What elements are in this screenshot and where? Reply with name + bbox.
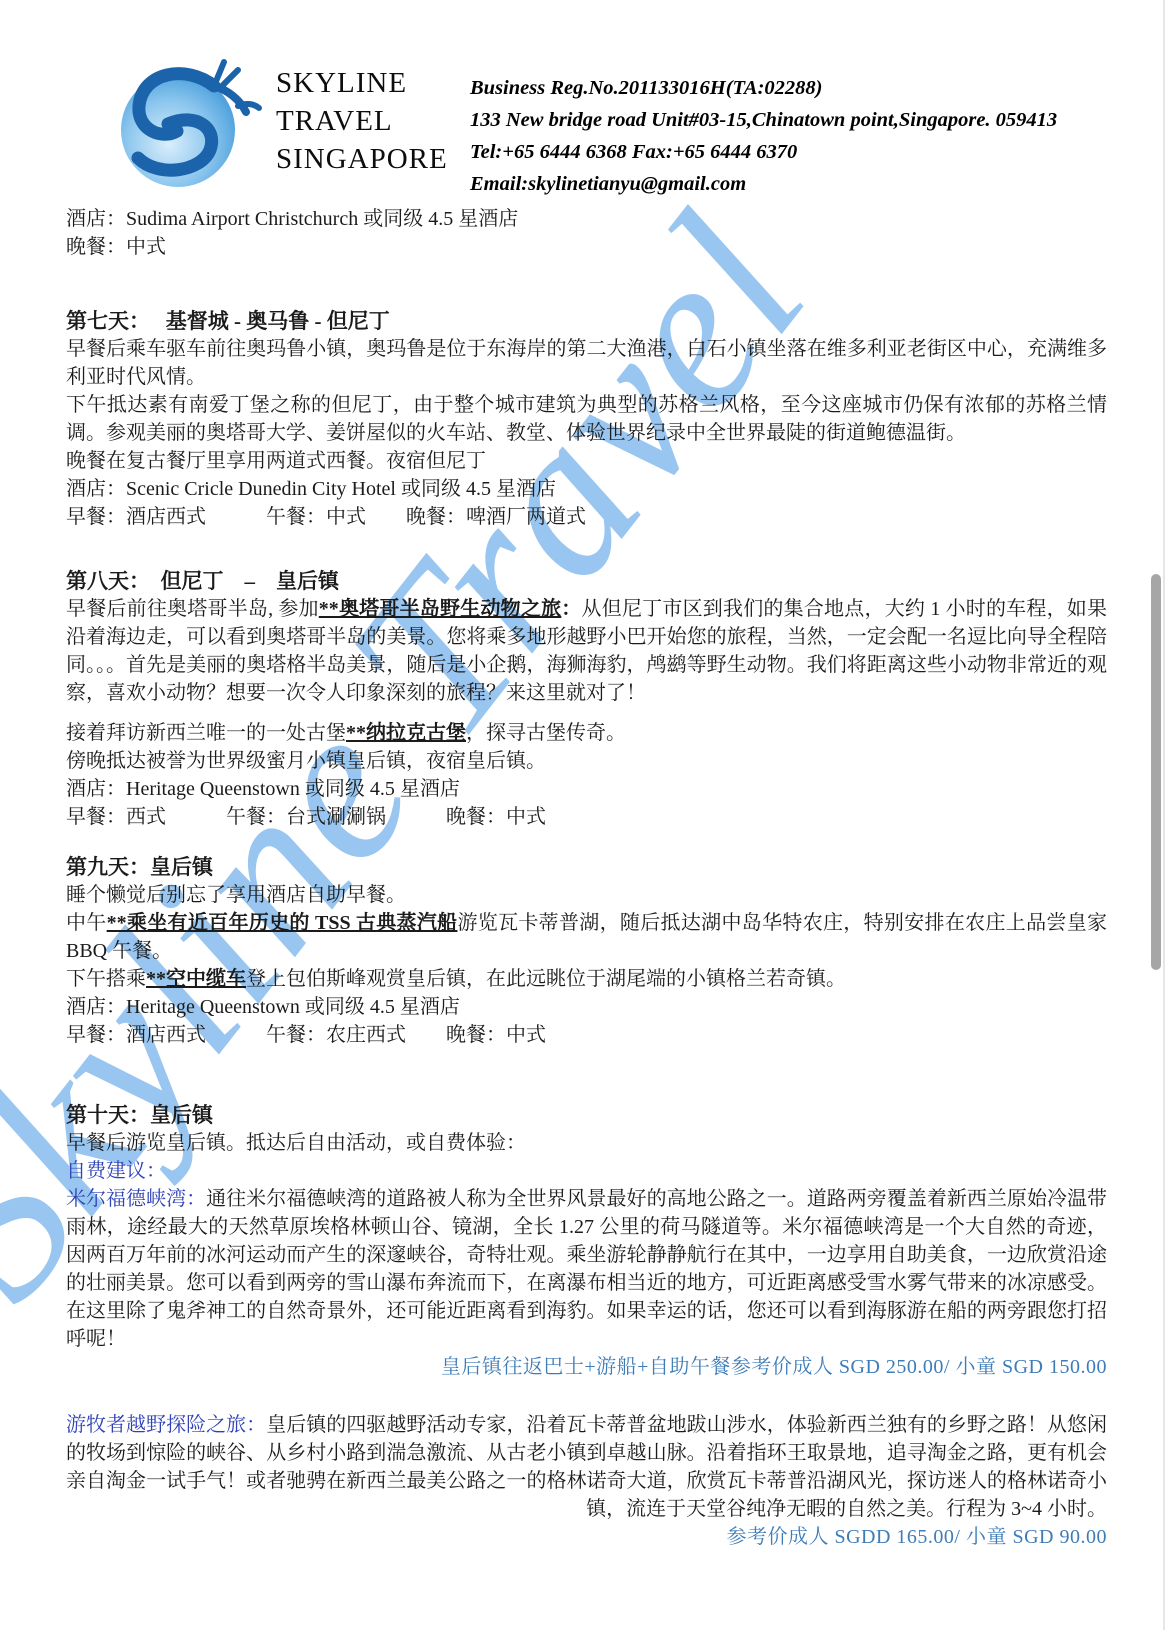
- document-body: 酒店：Sudima Airport Christchurch 或同级 4.5 星…: [66, 205, 1107, 1551]
- text-run: **奥塔哥半岛野生动物之旅: [319, 598, 562, 620]
- hotel-line-day6: 酒店：Sudima Airport Christchurch 或同级 4.5 星…: [66, 205, 1107, 233]
- text-run: 自费建议：: [66, 1160, 166, 1182]
- nomad-safari-paragraph: 游牧者越野探险之旅：皇后镇的四驱越野活动专家，沿着瓦卡蒂普盆地跋山涉水，体验新西…: [66, 1411, 1107, 1523]
- milford-sound-paragraph: 米尔福德峡湾：通往米尔福德峡湾的道路被人称为全世界风景最好的高地公路之一。道路两…: [66, 1185, 1107, 1353]
- day10-intro-line: 早餐后游览皇后镇。抵达后自由活动，或自费体验：: [66, 1129, 1107, 1157]
- day9-breakfast-line: 睡个懒觉后别忘了享用酒店自助早餐。: [66, 881, 1107, 909]
- text-run: 第七天： 基督城 - 奥马鲁 - 但尼丁: [66, 309, 390, 333]
- scrollbar-thumb[interactable]: [1151, 574, 1161, 970]
- text-run: 晚餐：中式: [66, 236, 166, 258]
- text-run: 通往米尔福德峡湾的道路被人称为全世界风景最好的高地公路之一。道路两旁覆盖着新西兰…: [66, 1188, 1107, 1350]
- text-run: **空中缆车: [146, 968, 246, 990]
- day9-hotel-line: 酒店：Heritage Queenstown 或同级 4.5 星酒店: [66, 993, 1107, 1021]
- spacer: [66, 831, 1107, 853]
- text-run: 下午抵达素有南爱丁堡之称的但尼丁，由于整个城市建筑为典型的苏格兰风格，至今这座城…: [66, 394, 1107, 444]
- text-run: 登上包伯斯峰观赏皇后镇，在此远眺位于湖尾端的小镇格兰若奇镇。: [246, 968, 846, 990]
- text-run: 早餐后游览皇后镇。抵达后自由活动，或自费体验：: [66, 1132, 526, 1154]
- tel-fax-line: Tel:+65 6444 6368 Fax:+65 6444 6370: [470, 136, 1057, 168]
- dinner-line-day6: 晚餐：中式: [66, 233, 1107, 261]
- spacer: [66, 707, 1107, 719]
- day7-hotel-line: 酒店：Scenic Cricle Dunedin City Hotel 或同级 …: [66, 475, 1107, 503]
- spacer: [66, 531, 1107, 567]
- text-run: 米尔福德峡湾：: [66, 1188, 206, 1210]
- text-run: 中午: [66, 912, 107, 934]
- company-name: SKYLINE TRAVEL SINGAPORE: [276, 64, 448, 178]
- text-run: 接着拜访新西兰唯一的一处古堡: [66, 722, 346, 744]
- day7-dinner-note: 晚餐在复古餐厅里享用两道式西餐。夜宿但尼丁: [66, 447, 1107, 475]
- day9-paragraph: 中午**乘坐有近百年历史的 TSS 古典蒸汽船游览瓦卡蒂普湖，随后抵达湖中岛华特…: [66, 909, 1107, 965]
- text-run: 皇后镇往返巴士+游船+自助午餐参考价成人 SGD 250.00/ 小童 SGD …: [441, 1356, 1107, 1378]
- company-logo: [116, 56, 276, 191]
- day10-heading: 第十天：皇后镇: [66, 1101, 1107, 1129]
- dragon-s-logo-icon: [116, 178, 276, 195]
- text-run: 早餐后乘车驱车前往奥玛鲁小镇，奥玛鲁是位于东海岸的第二大渔港，白石小镇坐落在维多…: [66, 338, 1107, 388]
- text-run: 参考价成人 SGDD 165.00/ 小童 SGD 90.00: [726, 1526, 1107, 1548]
- day8-meals-line: 早餐：西式 午餐：台式涮涮锅 晚餐：中式: [66, 803, 1107, 831]
- spacer: [66, 1049, 1107, 1101]
- text-run: 早餐：酒店西式 午餐：中式 晚餐：啤酒厂两道式: [66, 506, 586, 528]
- business-reg-line: Business Reg.No.201133016H(TA:02288): [470, 72, 1057, 104]
- day7-meals-line: 早餐：酒店西式 午餐：中式 晚餐：啤酒厂两道式: [66, 503, 1107, 531]
- text-run: 酒店：Sudima Airport Christchurch 或同级 4.5 星…: [66, 208, 518, 230]
- day9-heading: 第九天：皇后镇: [66, 853, 1107, 881]
- text-run: ：: [561, 598, 581, 620]
- text-run: 早餐：西式 午餐：台式涮涮锅 晚餐：中式: [66, 806, 546, 828]
- email-line: Email:skylinetianyu@gmail.com: [470, 168, 1057, 200]
- spacer: [66, 1381, 1107, 1411]
- text-run: 第十天：皇后镇: [66, 1103, 213, 1127]
- page-edge-line: [1163, 0, 1165, 1630]
- text-run: 第八天： 但尼丁 – 皇后镇: [66, 569, 339, 593]
- day8-evening-line: 傍晚抵达被誉为世界级蜜月小镇皇后镇，夜宿皇后镇。: [66, 747, 1107, 775]
- text-run: ，探寻古堡传奇。: [466, 722, 626, 744]
- document-page: Skyline Travel: [0, 0, 1170, 1630]
- letterhead: SKYLINE TRAVEL SINGAPORE Business Reg.No…: [0, 0, 1170, 205]
- company-name-line: SINGAPORE: [276, 140, 448, 178]
- text-run: 酒店：Heritage Queenstown 或同级 4.5 星酒店: [66, 996, 460, 1018]
- day9-meals-line: 早餐：酒店西式 午餐：农庄西式 晚餐：中式: [66, 1021, 1107, 1049]
- text-run: 睡个懒觉后别忘了享用酒店自助早餐。: [66, 884, 406, 906]
- text-run: 晚餐在复古餐厅里享用两道式西餐。夜宿但尼丁: [66, 450, 486, 472]
- text-run: 酒店：Heritage Queenstown 或同级 4.5 星酒店: [66, 778, 460, 800]
- company-name-line: SKYLINE: [276, 64, 448, 102]
- day8-hotel-line: 酒店：Heritage Queenstown 或同级 4.5 星酒店: [66, 775, 1107, 803]
- text-run: 早餐：酒店西式 午餐：农庄西式 晚餐：中式: [66, 1024, 546, 1046]
- text-run: **乘坐有近百年历史的 TSS 古典蒸汽船: [107, 912, 458, 934]
- day8-castle-line: 接着拜访新西兰唯一的一处古堡**纳拉克古堡，探寻古堡传奇。: [66, 719, 1107, 747]
- text-run: 下午搭乘: [66, 968, 146, 990]
- optional-tours-label: 自费建议：: [66, 1157, 1107, 1185]
- day7-heading: 第七天： 基督城 - 奥马鲁 - 但尼丁: [66, 307, 1107, 335]
- text-run: 傍晚抵达被誉为世界级蜜月小镇皇后镇，夜宿皇后镇。: [66, 750, 546, 772]
- day8-heading: 第八天： 但尼丁 – 皇后镇: [66, 567, 1107, 595]
- nomad-price-line: 参考价成人 SGDD 165.00/ 小童 SGD 90.00: [66, 1523, 1107, 1551]
- day9-gondola-line: 下午搭乘**空中缆车登上包伯斯峰观赏皇后镇，在此远眺位于湖尾端的小镇格兰若奇镇。: [66, 965, 1107, 993]
- company-info: Business Reg.No.201133016H(TA:02288) 133…: [470, 72, 1057, 200]
- address-line: 133 New bridge road Unit#03-15,Chinatown…: [470, 104, 1057, 136]
- text-run: 第九天：皇后镇: [66, 855, 213, 879]
- milford-price-line: 皇后镇往返巴士+游船+自助午餐参考价成人 SGD 250.00/ 小童 SGD …: [66, 1353, 1107, 1381]
- day7-paragraph-2: 下午抵达素有南爱丁堡之称的但尼丁，由于整个城市建筑为典型的苏格兰风格，至今这座城…: [66, 391, 1107, 447]
- spacer: [66, 261, 1107, 307]
- company-name-line: TRAVEL: [276, 102, 448, 140]
- day8-paragraph: 早餐后前往奥塔哥半岛, 参加**奥塔哥半岛野生动物之旅：从但尼丁市区到我们的集合…: [66, 595, 1107, 707]
- text-run: 酒店：Scenic Cricle Dunedin City Hotel 或同级 …: [66, 478, 556, 500]
- text-run: 早餐后前往奥塔哥半岛, 参加: [66, 598, 319, 620]
- text-run: **纳拉克古堡: [346, 722, 466, 744]
- day7-paragraph-1: 早餐后乘车驱车前往奥玛鲁小镇，奥玛鲁是位于东海岸的第二大渔港，白石小镇坐落在维多…: [66, 335, 1107, 391]
- text-run: 游牧者越野探险之旅：: [66, 1414, 266, 1436]
